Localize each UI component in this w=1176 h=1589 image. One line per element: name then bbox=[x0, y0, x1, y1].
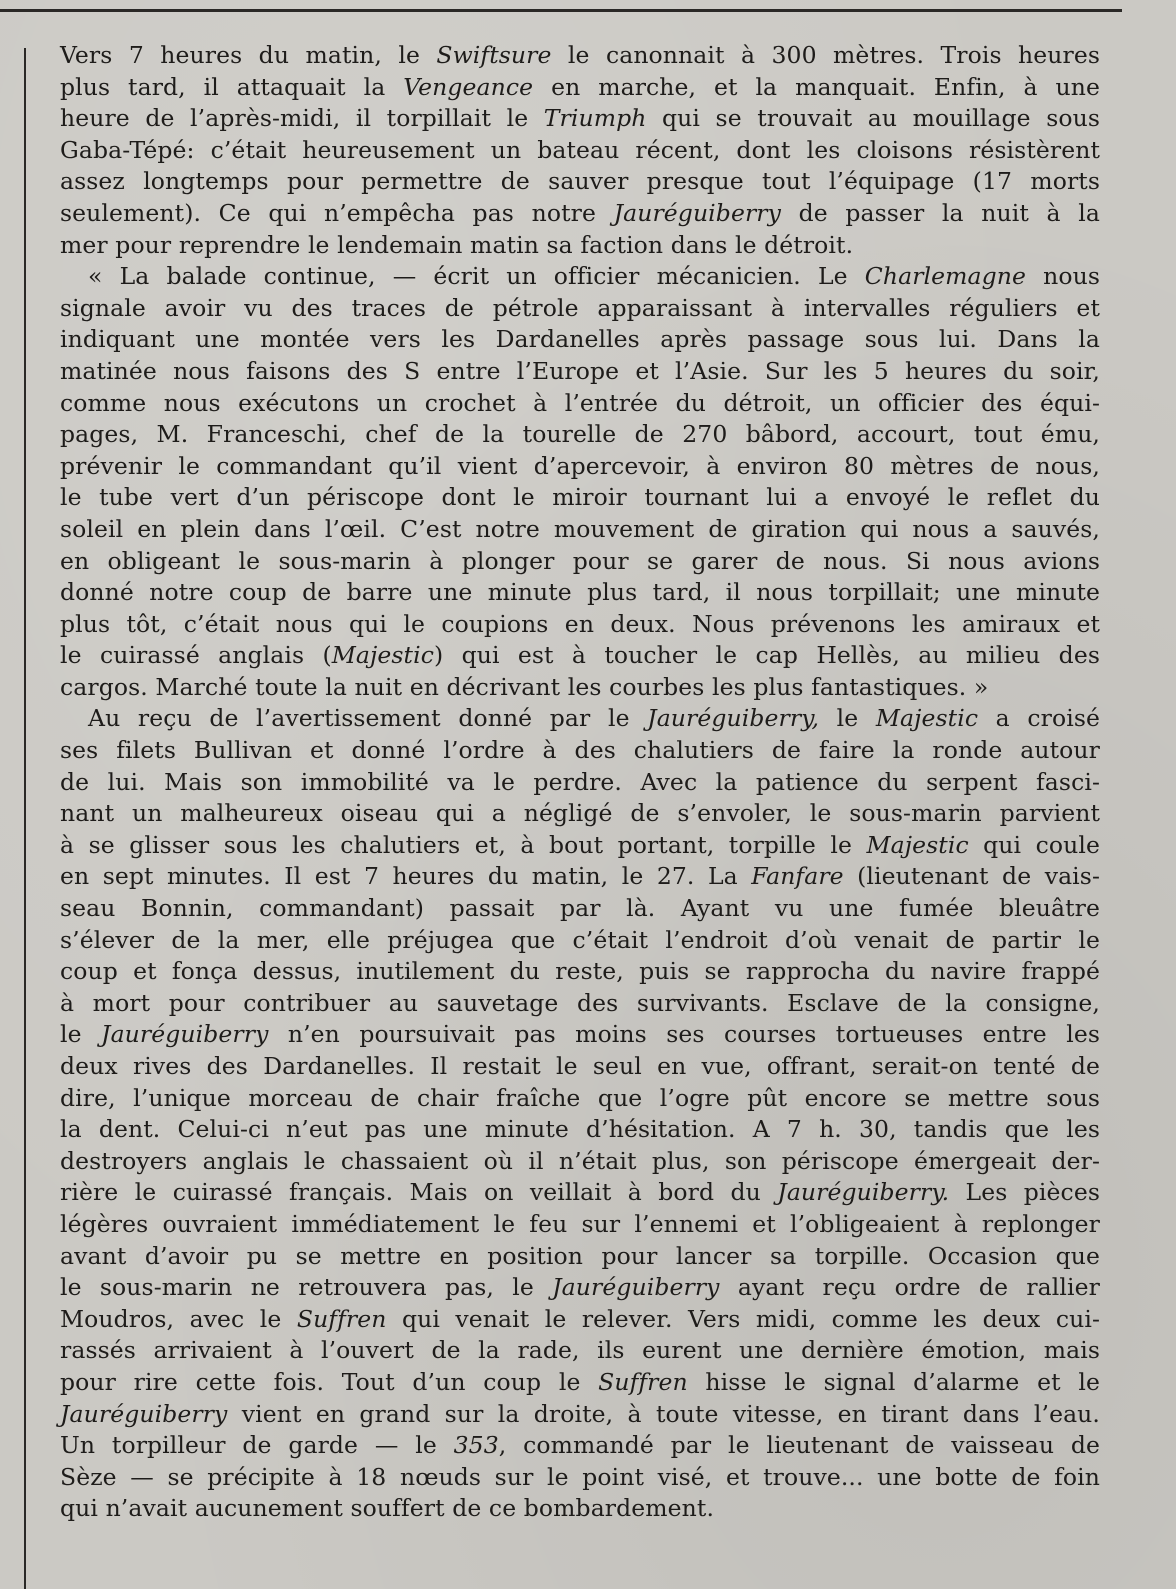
text-segment: le cuirassé anglais ( bbox=[60, 641, 332, 669]
text-segment: seau Bonnin, commandant) passait par là.… bbox=[60, 894, 1100, 922]
text-line: matinée nous faisons des S entre l’Europ… bbox=[60, 356, 1100, 388]
text-segment: à se glisser sous les chalutiers et, à b… bbox=[60, 831, 866, 859]
text-segment: (lieutenant de vais- bbox=[844, 862, 1100, 890]
text-column: Vers 7 heures du matin, le Swiftsure le … bbox=[60, 40, 1100, 1525]
text-line: de lui. Mais son immobilité va le perdre… bbox=[60, 767, 1100, 799]
text-segment: mer pour reprendre le lendemain matin sa… bbox=[60, 231, 853, 259]
text-segment: qui n’avait aucunement souffert de ce bo… bbox=[60, 1494, 714, 1522]
italic-ship-name: Jauréguiberry bbox=[614, 199, 781, 227]
text-line: cargos. Marché toute la nuit en décrivan… bbox=[60, 672, 1100, 704]
text-segment: de lui. Mais son immobilité va le perdre… bbox=[60, 768, 1100, 796]
text-segment: Moudros, avec le bbox=[60, 1305, 297, 1333]
text-segment: , commandé par le lieutenant de vaisseau… bbox=[499, 1431, 1100, 1459]
text-line: qui n’avait aucunement souffert de ce bo… bbox=[60, 1493, 1100, 1525]
paragraph: Vers 7 heures du matin, le Swiftsure le … bbox=[60, 40, 1100, 261]
italic-ship-name: Swiftsure bbox=[436, 41, 551, 69]
text-segment: donné notre coup de barre une minute plu… bbox=[60, 578, 1100, 606]
text-segment: n’en poursuivait pas moins ses courses t… bbox=[268, 1020, 1100, 1048]
text-segment: indiquant une montée vers les Dardanelle… bbox=[60, 325, 1100, 353]
text-segment: Les pièces bbox=[949, 1178, 1100, 1206]
text-segment: qui coule bbox=[969, 831, 1100, 859]
text-segment: Gaba-Tépé: c’était heureusement un batea… bbox=[60, 136, 1100, 164]
text-segment: Un torpilleur de garde — le bbox=[60, 1431, 454, 1459]
text-line: rière le cuirassé français. Mais on veil… bbox=[60, 1177, 1100, 1209]
text-line: seau Bonnin, commandant) passait par là.… bbox=[60, 893, 1100, 925]
text-line: seulement). Ce qui n’empêcha pas notre J… bbox=[60, 198, 1100, 230]
text-line: soleil en plein dans l’œil. C’est notre … bbox=[60, 514, 1100, 546]
text-segment: heure de l’après-midi, il torpillait le bbox=[60, 104, 544, 132]
text-segment: nous bbox=[1026, 262, 1100, 290]
italic-ship-name: Majestic bbox=[332, 641, 434, 669]
text-line: le tube vert d’un périscope dont le miro… bbox=[60, 482, 1100, 514]
text-line: coup et fonça dessus, inutilement du res… bbox=[60, 956, 1100, 988]
text-line: « La balade continue, — écrit un officie… bbox=[60, 261, 1100, 293]
left-vertical-rule bbox=[24, 48, 26, 1589]
text-line: plus tard, il attaquait la Vengeance en … bbox=[60, 72, 1100, 104]
text-line: Sèze — se précipite à 18 nœuds sur le po… bbox=[60, 1462, 1100, 1494]
italic-ship-name: Triumph bbox=[544, 104, 647, 132]
italic-ship-name: Majestic bbox=[876, 704, 978, 732]
text-segment: assez longtemps pour permettre de sauver… bbox=[60, 167, 1100, 195]
text-line: à mort pour contribuer au sauvetage des … bbox=[60, 988, 1100, 1020]
text-line: destroyers anglais le chassaient où il n… bbox=[60, 1146, 1100, 1178]
text-line: signale avoir vu des traces de pétrole a… bbox=[60, 293, 1100, 325]
text-segment: qui se trouvait au mouillage sous bbox=[646, 104, 1100, 132]
text-segment: le bbox=[60, 1020, 101, 1048]
text-line: nant un malheureux oiseau qui a négligé … bbox=[60, 798, 1100, 830]
text-segment: deux rives des Dardanelles. Il restait l… bbox=[60, 1052, 1100, 1080]
text-line: indiquant une montée vers les Dardanelle… bbox=[60, 324, 1100, 356]
italic-ship-name: Charlemagne bbox=[865, 262, 1026, 290]
text-segment: pages, M. Franceschi, chef de la tourell… bbox=[60, 420, 1100, 448]
text-segment: le sous-marin ne retrouvera pas, le bbox=[60, 1273, 552, 1301]
text-segment: la dent. Celui-ci n’eut pas une minute d… bbox=[60, 1115, 1100, 1143]
italic-ship-name: Jauréguiberry bbox=[101, 1020, 268, 1048]
text-line: Un torpilleur de garde — le 353, command… bbox=[60, 1430, 1100, 1462]
text-segment: coup et fonça dessus, inutilement du res… bbox=[60, 957, 1100, 985]
paragraph: Au reçu de l’avertissement donné par le … bbox=[60, 703, 1100, 1524]
text-line: rassés arrivaient à l’ouvert de la rade,… bbox=[60, 1335, 1100, 1367]
text-segment: rassés arrivaient à l’ouvert de la rade,… bbox=[60, 1336, 1100, 1364]
text-line: Gaba-Tépé: c’était heureusement un batea… bbox=[60, 135, 1100, 167]
italic-ship-name: Jauréguiberry, bbox=[647, 704, 819, 732]
text-segment: signale avoir vu des traces de pétrole a… bbox=[60, 294, 1100, 322]
italic-ship-name: Suffren bbox=[598, 1368, 688, 1396]
text-segment: plus tôt, c’était nous qui le coupions e… bbox=[60, 610, 1100, 638]
text-segment: nant un malheureux oiseau qui a négligé … bbox=[60, 799, 1100, 827]
text-line: avant d’avoir pu se mettre en position p… bbox=[60, 1241, 1100, 1273]
text-segment: matinée nous faisons des S entre l’Europ… bbox=[60, 357, 1100, 385]
text-segment: destroyers anglais le chassaient où il n… bbox=[60, 1147, 1100, 1175]
text-segment: en sept minutes. Il est 7 heures du mati… bbox=[60, 862, 751, 890]
text-line: à se glisser sous les chalutiers et, à b… bbox=[60, 830, 1100, 862]
italic-ship-name: 353 bbox=[454, 1431, 499, 1459]
text-segment: légères ouvraient immédiatement le feu s… bbox=[60, 1210, 1100, 1238]
text-segment: plus tard, il attaquait la bbox=[60, 73, 403, 101]
italic-ship-name: Jauréguiberry bbox=[60, 1400, 227, 1428]
italic-ship-name: Majestic bbox=[866, 831, 968, 859]
text-line: ses filets Bullivan et donné l’ordre à d… bbox=[60, 735, 1100, 767]
text-line: légères ouvraient immédiatement le feu s… bbox=[60, 1209, 1100, 1241]
italic-ship-name: Fanfare bbox=[751, 862, 843, 890]
text-segment: en obligeant le sous-marin à plonger pou… bbox=[60, 547, 1100, 575]
top-horizontal-rule bbox=[0, 9, 1122, 12]
text-line: la dent. Celui-ci n’eut pas une minute d… bbox=[60, 1114, 1100, 1146]
text-line: en sept minutes. Il est 7 heures du mati… bbox=[60, 861, 1100, 893]
text-segment: vient en grand sur la droite, à toute vi… bbox=[227, 1400, 1100, 1428]
text-segment: a croisé bbox=[978, 704, 1100, 732]
text-segment: Vers 7 heures du matin, le bbox=[60, 41, 436, 69]
text-line: comme nous exécutons un crochet à l’entr… bbox=[60, 388, 1100, 420]
text-line: deux rives des Dardanelles. Il restait l… bbox=[60, 1051, 1100, 1083]
text-line: Vers 7 heures du matin, le Swiftsure le … bbox=[60, 40, 1100, 72]
text-line: mer pour reprendre le lendemain matin sa… bbox=[60, 230, 1100, 262]
text-segment: ayant reçu ordre de rallier bbox=[720, 1273, 1100, 1301]
text-segment: le canonnait à 300 mètres. Trois heures bbox=[552, 41, 1101, 69]
text-segment: soleil en plein dans l’œil. C’est notre … bbox=[60, 515, 1100, 543]
text-line: dire, l’unique morceau de chair fraîche … bbox=[60, 1083, 1100, 1115]
italic-ship-name: Vengeance bbox=[403, 73, 533, 101]
text-segment: avant d’avoir pu se mettre en position p… bbox=[60, 1242, 1100, 1270]
text-line: le Jauréguiberry n’en poursuivait pas mo… bbox=[60, 1019, 1100, 1051]
text-line: s’élever de la mer, elle préjugea que c’… bbox=[60, 925, 1100, 957]
paragraph: « La balade continue, — écrit un officie… bbox=[60, 261, 1100, 703]
text-segment: comme nous exécutons un crochet à l’entr… bbox=[60, 389, 1100, 417]
text-line: le cuirassé anglais (Majestic) qui est à… bbox=[60, 640, 1100, 672]
text-segment: seulement). Ce qui n’empêcha pas notre bbox=[60, 199, 614, 227]
italic-ship-name: Suffren bbox=[297, 1305, 387, 1333]
text-segment: de passer la nuit à la bbox=[781, 199, 1100, 227]
text-segment: en marche, et la manquait. Enfin, à une bbox=[533, 73, 1100, 101]
text-segment: à mort pour contribuer au sauvetage des … bbox=[60, 989, 1100, 1017]
text-line: plus tôt, c’était nous qui le coupions e… bbox=[60, 609, 1100, 641]
text-segment: ) qui est à toucher le cap Hellès, au mi… bbox=[434, 641, 1100, 669]
text-line: pour rire cette fois. Tout d’un coup le … bbox=[60, 1367, 1100, 1399]
text-line: prévenir le commandant qu’il vient d’ape… bbox=[60, 451, 1100, 483]
text-line: Jauréguiberry vient en grand sur la droi… bbox=[60, 1399, 1100, 1431]
text-segment: prévenir le commandant qu’il vient d’ape… bbox=[60, 452, 1100, 480]
text-line: heure de l’après-midi, il torpillait le … bbox=[60, 103, 1100, 135]
italic-ship-name: Jauréguiberry bbox=[552, 1273, 719, 1301]
text-line: donné notre coup de barre une minute plu… bbox=[60, 577, 1100, 609]
text-segment: Au reçu de l’avertissement donné par le bbox=[88, 704, 647, 732]
text-segment: « La balade continue, — écrit un officie… bbox=[88, 262, 865, 290]
text-segment: s’élever de la mer, elle préjugea que c’… bbox=[60, 926, 1100, 954]
text-line: assez longtemps pour permettre de sauver… bbox=[60, 166, 1100, 198]
text-segment: ses filets Bullivan et donné l’ordre à d… bbox=[60, 736, 1100, 764]
text-line: Au reçu de l’avertissement donné par le … bbox=[60, 703, 1100, 735]
text-segment: cargos. Marché toute la nuit en décrivan… bbox=[60, 673, 988, 701]
text-segment: Sèze — se précipite à 18 nœuds sur le po… bbox=[60, 1463, 1100, 1491]
text-line: le sous-marin ne retrouvera pas, le Jaur… bbox=[60, 1272, 1100, 1304]
text-line: en obligeant le sous-marin à plonger pou… bbox=[60, 546, 1100, 578]
text-segment: dire, l’unique morceau de chair fraîche … bbox=[60, 1084, 1100, 1112]
text-segment: rière le cuirassé français. Mais on veil… bbox=[60, 1178, 777, 1206]
text-segment: pour rire cette fois. Tout d’un coup le bbox=[60, 1368, 598, 1396]
text-line: pages, M. Franceschi, chef de la tourell… bbox=[60, 419, 1100, 451]
text-segment: qui venait le relever. Vers midi, comme … bbox=[386, 1305, 1100, 1333]
text-segment: le tube vert d’un périscope dont le miro… bbox=[60, 483, 1100, 511]
italic-ship-name: Jauréguiberry. bbox=[777, 1178, 949, 1206]
text-segment: le bbox=[819, 704, 876, 732]
text-segment: hisse le signal d’alarme et le bbox=[688, 1368, 1100, 1396]
text-line: Moudros, avec le Suffren qui venait le r… bbox=[60, 1304, 1100, 1336]
